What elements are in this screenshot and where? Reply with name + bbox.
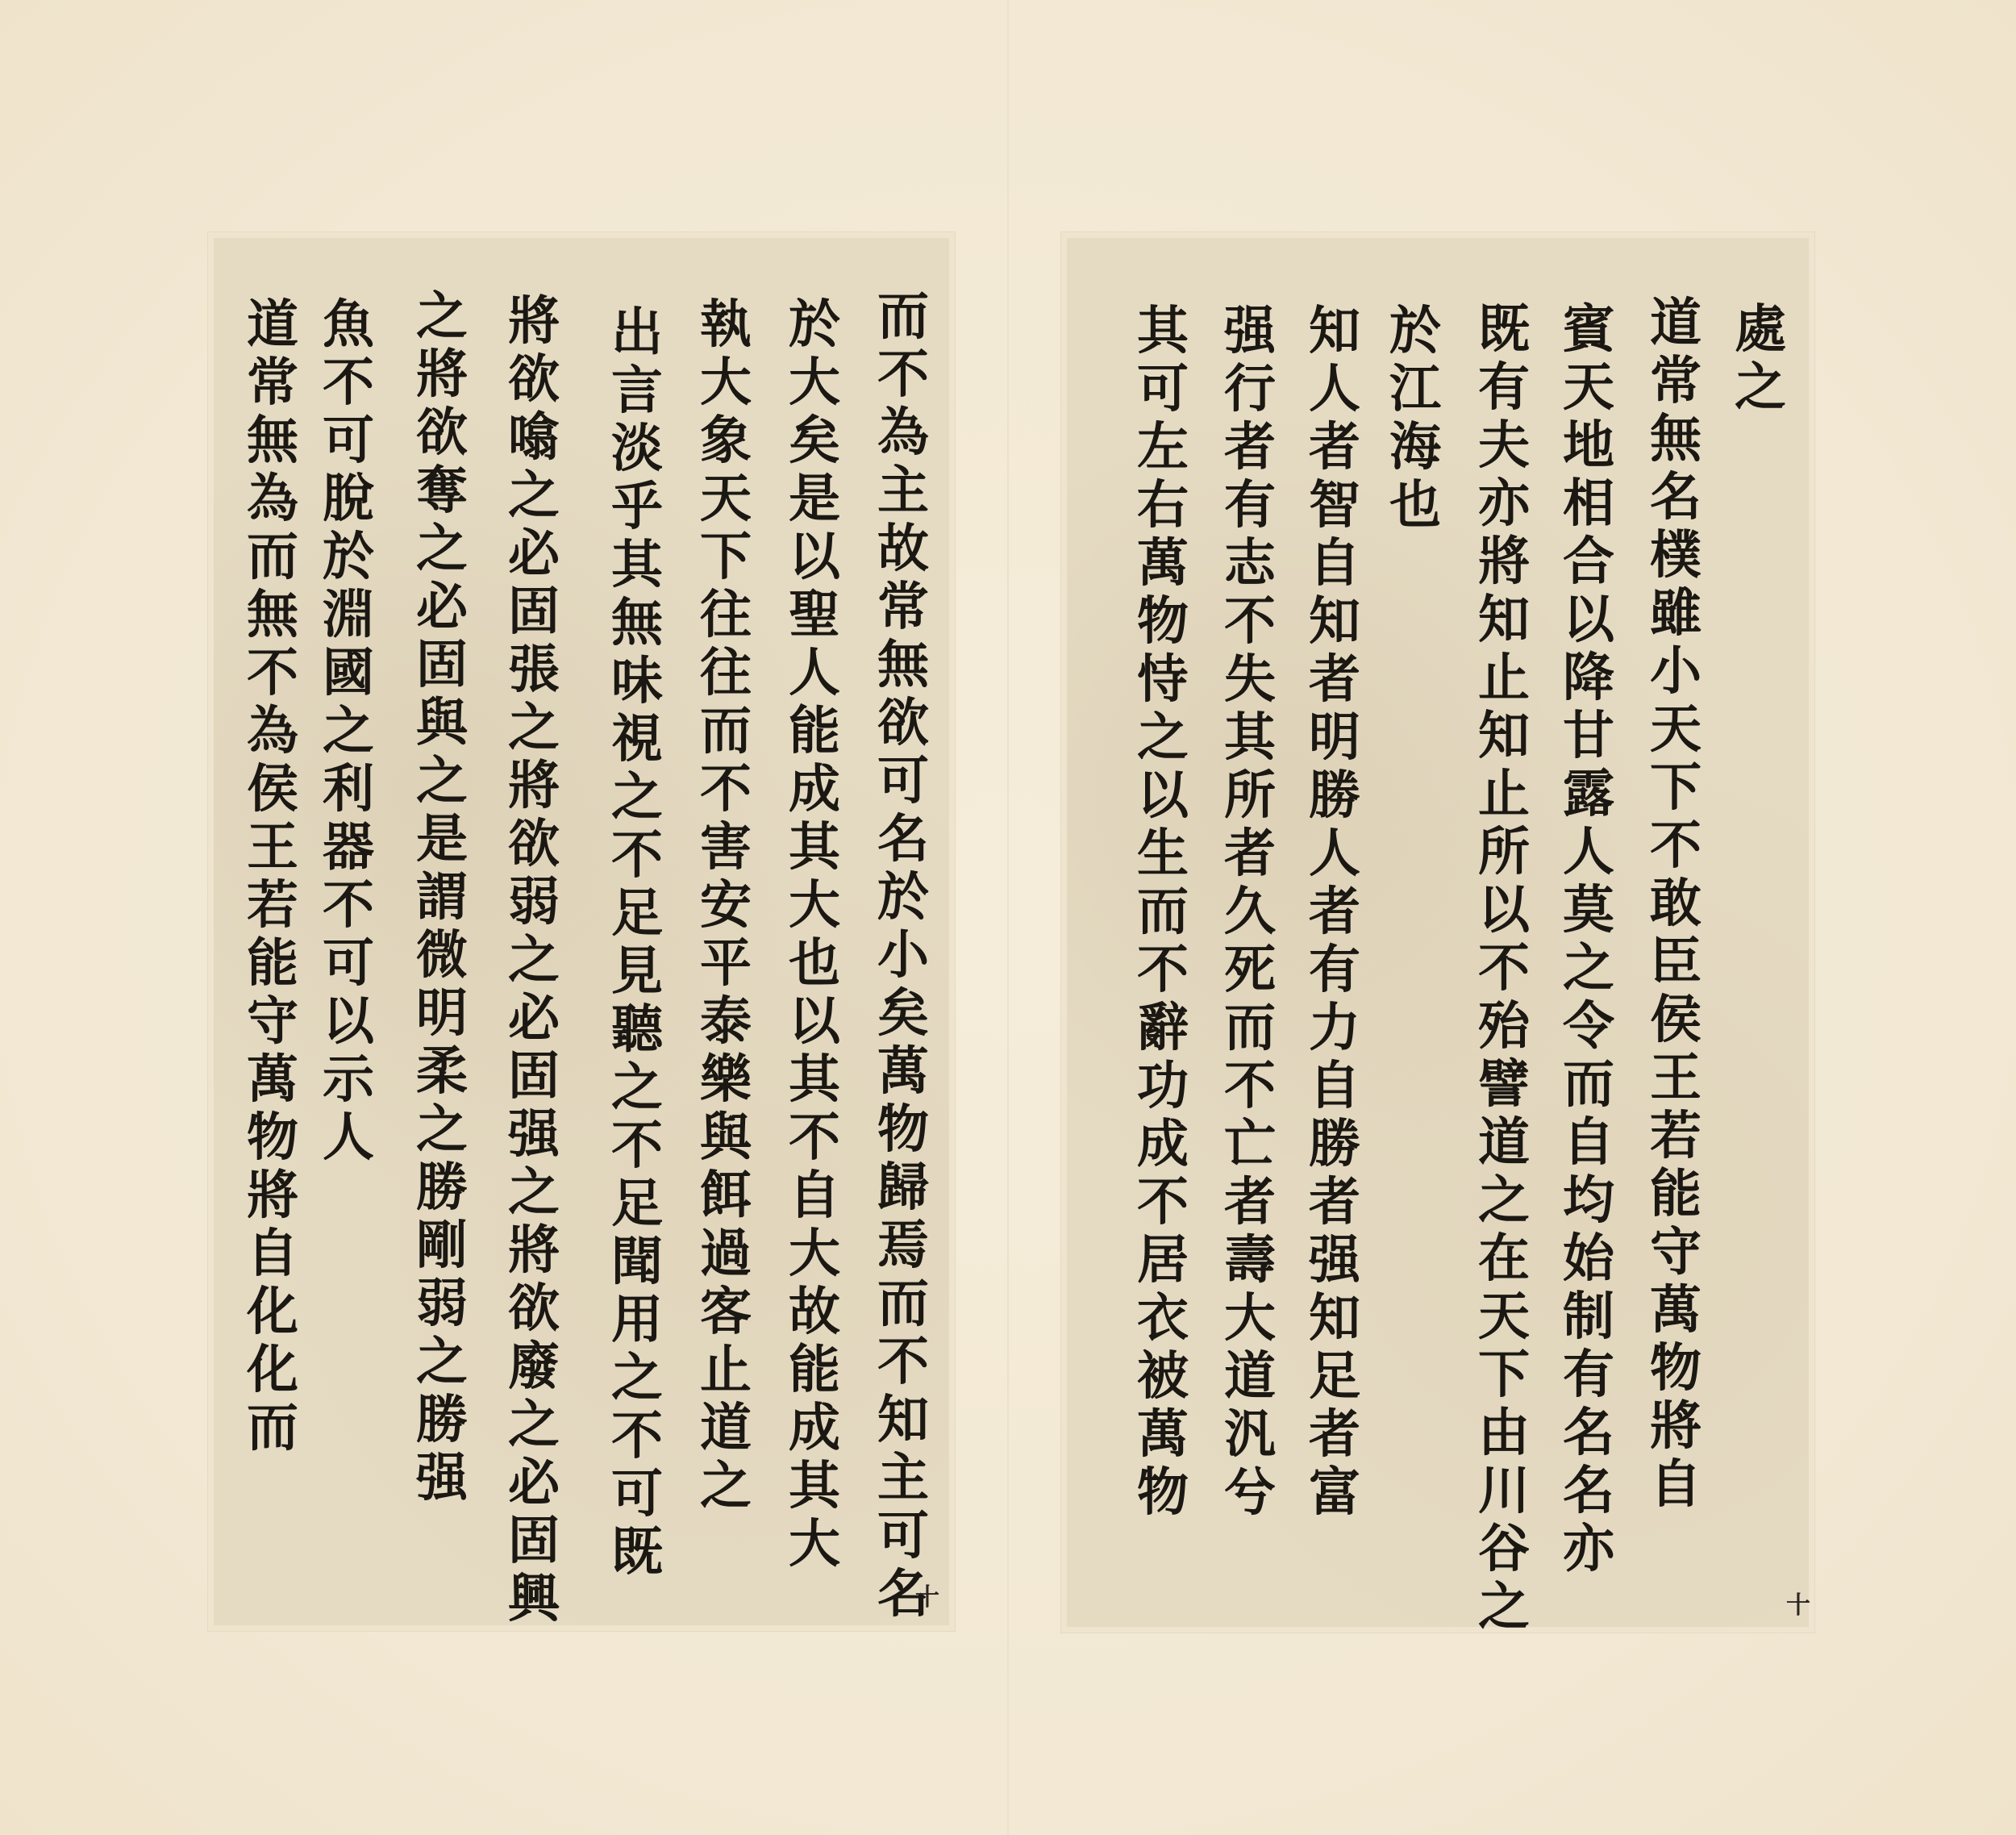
character: 者	[1294, 1406, 1375, 1464]
character: 守	[1635, 1224, 1716, 1282]
character: 以	[774, 993, 855, 1051]
character: 下	[1635, 759, 1716, 817]
character: 止	[1464, 649, 1544, 707]
character: 必	[494, 525, 574, 583]
character: 之	[494, 467, 574, 525]
character: 將	[494, 293, 574, 351]
page-number-mark: 十	[1786, 1585, 1810, 1620]
character: 下	[1464, 1346, 1544, 1404]
character: 弱	[494, 874, 574, 932]
character: 行	[1210, 361, 1290, 419]
character: 止	[685, 1341, 766, 1399]
character: 必	[402, 578, 482, 636]
character: 無	[863, 636, 943, 694]
character: 露	[1548, 765, 1629, 824]
character: 有	[1548, 1346, 1629, 1404]
character: 以	[308, 993, 389, 1051]
character: 道	[685, 1399, 766, 1458]
character: 勝	[402, 1391, 482, 1449]
character: 視	[597, 711, 677, 769]
character: 之	[494, 932, 574, 990]
character: 主	[863, 462, 943, 520]
character: 之	[494, 1164, 574, 1222]
right-page: 處之 道常無名樸雖小天下不敢臣侯王若能守萬物將自 賓天地相合以降甘露人莫之令而自…	[1067, 238, 1809, 1627]
left-page: 而不為主故常無欲可名於小矣萬物歸焉而不知主可名 於大矣是以聖人能成其大也以其不自…	[214, 238, 949, 1625]
text-column: 道常無為而無不為侯王若能守萬物將自化化而	[232, 296, 313, 1458]
character: 淡	[597, 420, 677, 478]
character: 欲	[863, 694, 943, 753]
text-column: 魚不可脫於淵國之利器不可以示人	[308, 296, 389, 1167]
character: 之	[1720, 359, 1801, 417]
character: 之	[1123, 709, 1203, 767]
character: 歸	[863, 1159, 943, 1217]
character: 大	[685, 354, 766, 412]
character: 廢	[494, 1338, 574, 1396]
character: 過	[685, 1225, 766, 1283]
character: 不	[308, 877, 389, 935]
character: 處	[1720, 301, 1801, 359]
character: 不	[1635, 817, 1716, 875]
character: 亡	[1210, 1116, 1290, 1174]
character: 將	[1464, 533, 1544, 591]
character: 物	[232, 1109, 313, 1167]
character: 强	[1294, 1232, 1375, 1290]
character: 小	[1635, 643, 1716, 701]
character: 自	[1635, 1456, 1716, 1514]
character: 國	[308, 644, 389, 703]
character: 制	[1548, 1288, 1629, 1346]
character: 害	[685, 819, 766, 877]
character: 主	[863, 1449, 943, 1508]
character: 汎	[1210, 1406, 1290, 1464]
character: 足	[1294, 1348, 1375, 1406]
character: 雖	[1635, 585, 1716, 643]
character: 可	[863, 1508, 943, 1566]
character: 被	[1123, 1348, 1203, 1406]
character: 聖	[774, 586, 855, 644]
character: 利	[308, 761, 389, 819]
character: 不	[685, 761, 766, 819]
character: 知	[1294, 1290, 1375, 1348]
character: 固	[494, 1048, 574, 1106]
text-column: 既有夫亦將知止知止所以不殆譬道之在天下由川谷之	[1464, 301, 1544, 1637]
character: 勝	[1294, 767, 1375, 825]
character: 小	[863, 927, 943, 985]
character: 往	[685, 644, 766, 703]
character: 固	[494, 1512, 574, 1570]
character: 故	[774, 1283, 855, 1341]
text-column: 執大象天下往往而不害安平泰樂與餌過客止道之	[685, 296, 766, 1516]
character: 其	[774, 1458, 855, 1516]
character: 其	[1123, 302, 1203, 361]
character: 智	[1294, 477, 1375, 535]
character: 名	[1548, 1404, 1629, 1462]
character: 在	[1464, 1230, 1544, 1288]
character: 萬	[1123, 1406, 1203, 1464]
character: 以	[1464, 882, 1544, 940]
character: 之	[402, 753, 482, 811]
character: 矣	[774, 412, 855, 470]
character: 者	[1294, 883, 1375, 941]
character: 由	[1464, 1404, 1544, 1462]
character: 謂	[402, 869, 482, 927]
character: 萬	[863, 1043, 943, 1101]
character: 亦	[1548, 1520, 1629, 1579]
character: 也	[774, 935, 855, 993]
character: 之	[685, 1458, 766, 1516]
character: 自	[1548, 1114, 1629, 1172]
character: 於	[1375, 302, 1456, 361]
character: 止	[1464, 765, 1544, 824]
character: 王	[1635, 1049, 1716, 1107]
character: 之	[597, 769, 677, 827]
character: 化	[232, 1341, 313, 1399]
character: 以	[1548, 591, 1629, 649]
character: 有	[1210, 477, 1290, 535]
character: 必	[494, 1454, 574, 1512]
character: 之	[308, 703, 389, 761]
character: 物	[1635, 1340, 1716, 1398]
character: 知	[1294, 593, 1375, 651]
character: 聽	[597, 1001, 677, 1059]
character: 而	[863, 288, 943, 346]
character: 夫	[1464, 417, 1544, 475]
character: 而	[232, 1399, 313, 1458]
character: 莫	[1548, 882, 1629, 940]
character: 能	[1635, 1166, 1716, 1224]
character: 將	[494, 1222, 574, 1280]
character: 人	[1294, 825, 1375, 883]
character: 生	[1123, 825, 1203, 883]
character: 者	[1210, 419, 1290, 477]
character: 必	[494, 990, 574, 1048]
text-column: 知人者智自知者明勝人者有力自勝者强知足者富	[1294, 302, 1375, 1522]
character: 可	[597, 1466, 677, 1524]
character: 者	[1294, 651, 1375, 709]
character: 以	[774, 528, 855, 586]
character: 而	[1548, 1056, 1629, 1114]
character: 大	[774, 1225, 855, 1283]
character: 也	[1375, 477, 1456, 535]
character: 名	[1635, 469, 1716, 527]
character: 脫	[308, 470, 389, 528]
character: 居	[1123, 1232, 1203, 1290]
character: 衣	[1123, 1290, 1203, 1348]
character: 為	[232, 470, 313, 528]
character: 王	[232, 819, 313, 877]
character: 名	[863, 811, 943, 869]
character: 泰	[685, 993, 766, 1051]
character: 不	[308, 354, 389, 412]
character: 侯	[232, 761, 313, 819]
character: 者	[1210, 825, 1290, 883]
character: 之	[402, 520, 482, 578]
character: 其	[774, 819, 855, 877]
character: 所	[1210, 767, 1290, 825]
character: 矣	[863, 985, 943, 1043]
character: 殆	[1464, 998, 1544, 1056]
character: 既	[597, 1524, 677, 1582]
character: 甘	[1548, 707, 1629, 765]
character: 物	[863, 1101, 943, 1159]
character: 將	[232, 1167, 313, 1225]
character: 固	[494, 583, 574, 641]
character: 於	[774, 296, 855, 354]
character: 功	[1123, 1057, 1203, 1116]
character: 天	[1548, 359, 1629, 417]
character: 用	[597, 1291, 677, 1349]
character: 無	[1635, 411, 1716, 469]
text-column: 賓天地相合以降甘露人莫之令而自均始制有名名亦	[1548, 301, 1629, 1579]
character: 不	[774, 1109, 855, 1167]
character: 名	[1548, 1462, 1629, 1520]
character: 所	[1464, 824, 1544, 882]
character: 為	[232, 703, 313, 761]
character: 侯	[1635, 991, 1716, 1049]
character: 者	[1210, 1174, 1290, 1232]
character: 無	[232, 586, 313, 644]
character: 餌	[685, 1167, 766, 1225]
character: 强	[402, 1449, 482, 1508]
character: 富	[1294, 1464, 1375, 1522]
character: 將	[402, 346, 482, 404]
character: 足	[597, 1175, 677, 1233]
character: 明	[402, 985, 482, 1043]
character: 令	[1548, 998, 1629, 1056]
character: 之	[597, 1349, 677, 1408]
character: 固	[402, 636, 482, 694]
character: 能	[774, 1341, 855, 1399]
text-column: 處之	[1720, 301, 1801, 417]
text-column: 而不為主故常無欲可名於小矣萬物歸焉而不知主可名	[863, 288, 943, 1624]
character: 死	[1210, 941, 1290, 999]
character: 守	[232, 993, 313, 1051]
character: 天	[685, 470, 766, 528]
text-column: 其可左右萬物恃之以生而不辭功成不居衣被萬物	[1123, 302, 1203, 1522]
character: 微	[402, 927, 482, 985]
character: 道	[1464, 1114, 1544, 1172]
character: 相	[1548, 475, 1629, 533]
text-column: 於大矣是以聖人能成其大也以其不自大故能成其大	[774, 296, 855, 1574]
character: 亦	[1464, 475, 1544, 533]
character: 不	[1123, 941, 1203, 999]
character: 有	[1464, 359, 1544, 417]
character: 之	[402, 1333, 482, 1391]
character: 萬	[232, 1051, 313, 1109]
character: 之	[402, 288, 482, 346]
character: 可	[1123, 361, 1203, 419]
character: 其	[1210, 709, 1290, 767]
character: 之	[402, 1101, 482, 1159]
character: 人	[1294, 361, 1375, 419]
text-column: 之將欲奪之必固與之是謂微明柔之勝剛弱之勝强	[402, 288, 482, 1508]
character: 與	[402, 694, 482, 753]
character: 以	[1123, 767, 1203, 825]
character: 不	[597, 1117, 677, 1175]
character: 可	[863, 753, 943, 811]
character: 物	[1123, 593, 1203, 651]
character: 成	[774, 761, 855, 819]
character: 天	[1635, 701, 1716, 759]
character: 有	[1294, 941, 1375, 999]
character: 樸	[1635, 527, 1716, 585]
character: 不	[863, 1333, 943, 1391]
character: 自	[1294, 535, 1375, 593]
character: 為	[863, 404, 943, 462]
character: 降	[1548, 649, 1629, 707]
character: 不	[863, 346, 943, 404]
character: 恃	[1123, 651, 1203, 709]
character: 之	[1548, 940, 1629, 998]
character: 成	[774, 1399, 855, 1458]
center-fold	[1007, 0, 1009, 1835]
character: 壽	[1210, 1232, 1290, 1290]
character: 見	[597, 943, 677, 1001]
character: 而	[685, 703, 766, 761]
character: 是	[774, 470, 855, 528]
text-column: 出言淡乎其無味視之不足見聽之不足聞用之不可既	[597, 304, 677, 1582]
character: 勝	[1294, 1116, 1375, 1174]
character: 淵	[308, 586, 389, 644]
character: 樂	[685, 1051, 766, 1109]
character: 欲	[402, 404, 482, 462]
character: 無	[232, 412, 313, 470]
character: 而	[863, 1275, 943, 1333]
character: 象	[685, 412, 766, 470]
character: 萬	[1123, 535, 1203, 593]
character: 辭	[1123, 999, 1203, 1057]
character: 大	[1210, 1290, 1290, 1348]
character: 物	[1123, 1464, 1203, 1522]
character: 張	[494, 641, 574, 699]
character: 知	[1464, 707, 1544, 765]
character: 江	[1375, 361, 1456, 419]
character: 欲	[494, 1280, 574, 1338]
character: 天	[1464, 1288, 1544, 1346]
character: 安	[685, 877, 766, 935]
character: 若	[232, 877, 313, 935]
character: 往	[685, 586, 766, 644]
character: 與	[685, 1109, 766, 1167]
character: 將	[1635, 1398, 1716, 1456]
character: 臣	[1635, 933, 1716, 991]
character: 足	[597, 885, 677, 943]
character: 地	[1548, 417, 1629, 475]
character: 自	[232, 1225, 313, 1283]
character: 焉	[863, 1217, 943, 1275]
character: 失	[1210, 651, 1290, 709]
character: 力	[1294, 999, 1375, 1057]
character: 其	[774, 1051, 855, 1109]
character: 勝	[402, 1159, 482, 1217]
character: 之	[494, 1396, 574, 1454]
character: 道	[1635, 294, 1716, 352]
character: 人	[308, 1109, 389, 1167]
character: 均	[1548, 1172, 1629, 1230]
character: 之	[597, 1059, 677, 1117]
character: 道	[232, 296, 313, 354]
character: 可	[308, 935, 389, 993]
text-column: 於江海也	[1375, 302, 1456, 535]
character: 無	[597, 594, 677, 653]
character: 而	[1123, 883, 1203, 941]
character: 不	[232, 644, 313, 703]
character: 聞	[597, 1233, 677, 1291]
character: 常	[863, 578, 943, 636]
page-number-mark: 十	[915, 1577, 939, 1612]
character: 平	[685, 935, 766, 993]
character: 自	[774, 1167, 855, 1225]
character: 合	[1548, 533, 1629, 591]
character: 執	[685, 296, 766, 354]
character: 故	[863, 520, 943, 578]
character: 於	[308, 528, 389, 586]
character: 可	[308, 412, 389, 470]
character: 强	[1210, 302, 1290, 361]
character: 化	[232, 1283, 313, 1341]
character: 剛	[402, 1217, 482, 1275]
character: 人	[1548, 824, 1629, 882]
character: 常	[1635, 352, 1716, 411]
character: 不	[597, 1408, 677, 1466]
character: 弱	[402, 1275, 482, 1333]
character: 賓	[1548, 301, 1629, 359]
text-column: 强行者有志不失其所者久死而不亡者壽大道汎兮	[1210, 302, 1290, 1522]
character: 魚	[308, 296, 389, 354]
character: 敢	[1635, 875, 1716, 933]
character: 譬	[1464, 1056, 1544, 1114]
character: 明	[1294, 709, 1375, 767]
character: 不	[1210, 593, 1290, 651]
character: 左	[1123, 419, 1203, 477]
character: 者	[1294, 419, 1375, 477]
character: 道	[1210, 1348, 1290, 1406]
character: 示	[308, 1051, 389, 1109]
character: 言	[597, 362, 677, 420]
character: 之	[1464, 1172, 1544, 1230]
character: 出	[597, 304, 677, 362]
character: 乎	[597, 478, 677, 536]
character: 不	[1210, 1057, 1290, 1116]
character: 不	[1123, 1174, 1203, 1232]
character: 谷	[1464, 1520, 1544, 1579]
character: 川	[1464, 1462, 1544, 1520]
character: 者	[1294, 1174, 1375, 1232]
character: 欲	[494, 351, 574, 409]
character: 其	[597, 536, 677, 594]
character: 器	[308, 819, 389, 877]
character: 右	[1123, 477, 1203, 535]
character: 奪	[402, 462, 482, 520]
text-column: 道常無名樸雖小天下不敢臣侯王若能守萬物將自	[1635, 294, 1716, 1514]
character: 大	[774, 354, 855, 412]
character: 人	[774, 644, 855, 703]
character: 是	[402, 811, 482, 869]
character: 志	[1210, 535, 1290, 593]
character: 能	[774, 703, 855, 761]
character: 自	[1294, 1057, 1375, 1116]
character: 不	[1464, 940, 1544, 998]
character: 知	[1464, 591, 1544, 649]
character: 興	[494, 1570, 574, 1629]
character: 知	[863, 1391, 943, 1449]
character: 客	[685, 1283, 766, 1341]
text-column: 將欲噏之必固張之將欲弱之必固强之將欲廢之必固興	[494, 293, 574, 1629]
character: 噏	[494, 409, 574, 467]
character: 而	[232, 528, 313, 586]
character: 常	[232, 354, 313, 412]
character: 既	[1464, 301, 1544, 359]
